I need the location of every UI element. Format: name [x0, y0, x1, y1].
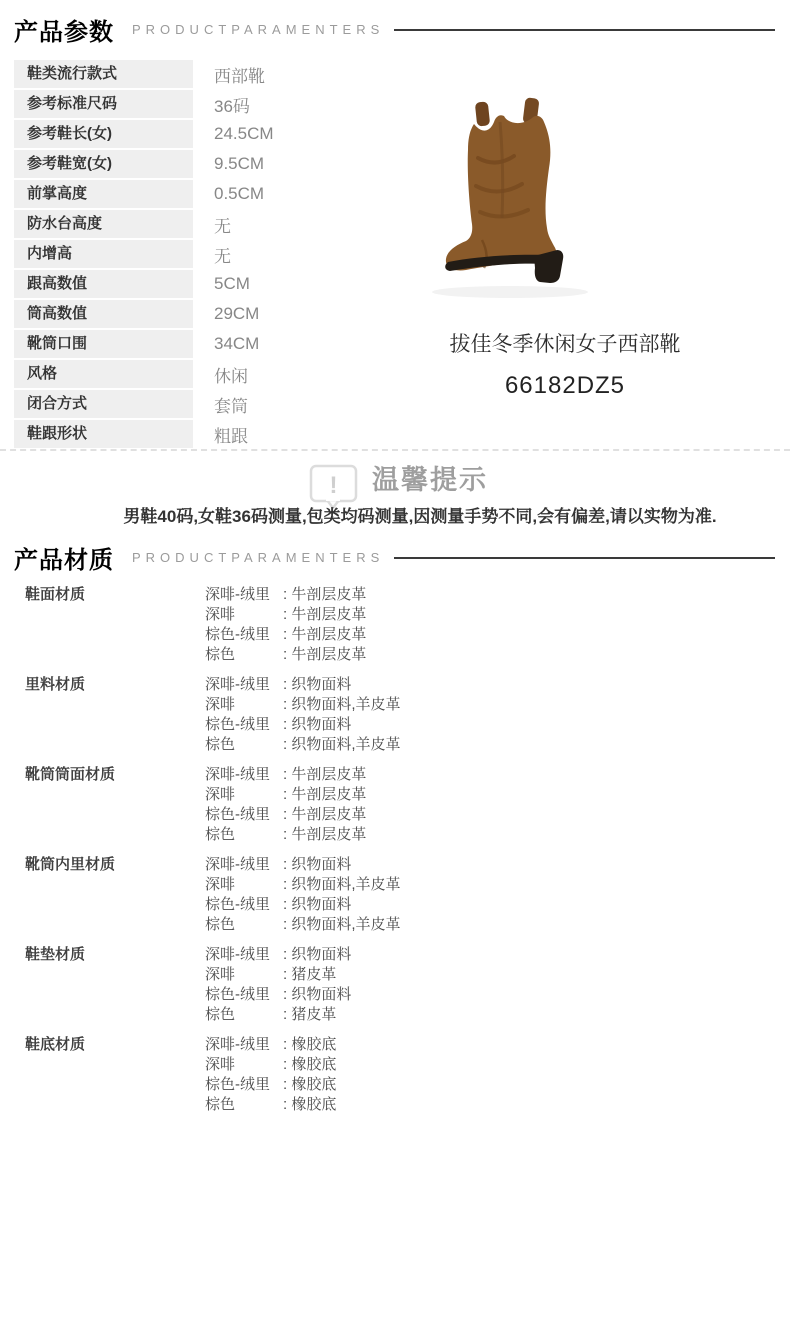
param-label: 风格 [14, 360, 193, 388]
material-line: 棕色-绒里: 牛剖层皮革 [205, 625, 776, 645]
param-label: 鞋跟形状 [14, 420, 193, 448]
material-value: : 织物面料 [283, 856, 351, 873]
material-variant: 深啡-绒里 [205, 855, 283, 875]
material-value: : 织物面料,羊皮革 [283, 736, 401, 753]
boot-image [420, 70, 770, 320]
param-value: 0.5CM [214, 184, 264, 204]
param-label: 前掌高度 [14, 180, 193, 208]
material-line: 深啡: 牛剖层皮革 [205, 605, 776, 625]
param-value: 29CM [214, 304, 259, 324]
material-variant: 棕色-绒里 [205, 985, 283, 1005]
material-line: 棕色: 织物面料,羊皮革 [205, 915, 776, 935]
material-variant: 棕色-绒里 [205, 625, 283, 645]
material-value: : 猪皮革 [283, 1006, 336, 1023]
table-row: 风格 休闲 [14, 360, 434, 388]
material-variant: 深啡-绒里 [205, 1035, 283, 1055]
table-row: 筒高数值 29CM [14, 300, 434, 328]
material-group: 里料材质 深啡-绒里: 织物面料 深啡: 织物面料,羊皮革 棕色-绒里: 织物面… [25, 675, 776, 755]
material-line: 棕色-绒里: 织物面料 [205, 715, 776, 735]
material-variant: 深啡 [205, 965, 283, 985]
material-group: 靴筒内里材质 深啡-绒里: 织物面料 深啡: 织物面料,羊皮革 棕色-绒里: 织… [25, 855, 776, 935]
table-row: 参考标准尺码 36码 [14, 90, 434, 118]
material-variant: 棕色 [205, 1005, 283, 1025]
table-row: 闭合方式 套筒 [14, 390, 434, 418]
table-row: 参考鞋长(女) 24.5CM [14, 120, 434, 148]
section-title: 产品参数 [14, 12, 114, 47]
material-group: 鞋垫材质 深啡-绒里: 织物面料 深啡: 猪皮革 棕色-绒里: 织物面料 棕色:… [25, 945, 776, 1025]
material-line: 棕色-绒里: 橡胶底 [205, 1075, 776, 1095]
table-row: 鞋跟形状 粗跟 [14, 420, 434, 448]
material-value: : 橡胶底 [283, 1056, 336, 1073]
material-variant: 深啡 [205, 605, 283, 625]
param-value: 休闲 [214, 362, 248, 387]
material-items: 深啡-绒里: 牛剖层皮革 深啡: 牛剖层皮革 棕色-绒里: 牛剖层皮革 棕色: … [205, 585, 776, 665]
material-group-label: 鞋底材质 [25, 1035, 205, 1115]
param-label: 闭合方式 [14, 390, 193, 418]
product-name: 拔佳冬季休闲女子西部靴 [400, 328, 730, 358]
material-line: 深啡-绒里: 织物面料 [205, 855, 776, 875]
param-value: 9.5CM [214, 154, 264, 174]
material-variant: 棕色-绒里 [205, 715, 283, 735]
material-variant: 深啡 [205, 1055, 283, 1075]
material-group: 鞋底材质 深啡-绒里: 橡胶底 深啡: 橡胶底 棕色-绒里: 橡胶底 棕色: 橡… [25, 1035, 776, 1115]
product-model: 66182DZ5 [400, 372, 730, 400]
material-line: 棕色: 橡胶底 [205, 1095, 776, 1115]
material-variant: 棕色 [205, 645, 283, 665]
exclamation-glyph: ! [330, 472, 338, 499]
param-label: 参考标准尺码 [14, 90, 193, 118]
material-variant: 深啡-绒里 [205, 675, 283, 695]
material-value: : 织物面料,羊皮革 [283, 876, 401, 893]
material-line: 深啡: 猪皮革 [205, 965, 776, 985]
header-rule [394, 557, 775, 559]
param-value: 24.5CM [214, 124, 274, 144]
material-line: 深啡: 织物面料,羊皮革 [205, 695, 776, 715]
section-subtitle: PRODUCTPARAMENTERS [132, 550, 384, 565]
material-items: 深啡-绒里: 牛剖层皮革 深啡: 牛剖层皮革 棕色-绒里: 牛剖层皮革 棕色: … [205, 765, 776, 845]
material-line: 深啡: 牛剖层皮革 [205, 785, 776, 805]
material-line: 棕色-绒里: 织物面料 [205, 985, 776, 1005]
material-value: : 橡胶底 [283, 1036, 336, 1053]
table-row: 鞋类流行款式 西部靴 [14, 60, 434, 88]
material-variant: 棕色 [205, 735, 283, 755]
material-line: 深啡: 橡胶底 [205, 1055, 776, 1075]
material-value: : 牛剖层皮革 [283, 606, 366, 623]
material-group: 靴筒筒面材质 深啡-绒里: 牛剖层皮革 深啡: 牛剖层皮革 棕色-绒里: 牛剖层… [25, 765, 776, 845]
material-value: : 牛剖层皮革 [283, 826, 366, 843]
material-line: 棕色: 织物面料,羊皮革 [205, 735, 776, 755]
material-line: 深啡-绒里: 牛剖层皮革 [205, 585, 776, 605]
material-line: 深啡-绒里: 织物面料 [205, 675, 776, 695]
material-items: 深啡-绒里: 织物面料 深啡: 织物面料,羊皮革 棕色-绒里: 织物面料 棕色:… [205, 855, 776, 935]
table-row: 靴筒口围 34CM [14, 330, 434, 358]
material-group-label: 靴筒内里材质 [25, 855, 205, 935]
material-variant: 深啡-绒里 [205, 945, 283, 965]
material-line: 深啡-绒里: 织物面料 [205, 945, 776, 965]
material-line: 棕色-绒里: 牛剖层皮革 [205, 805, 776, 825]
material-variant: 棕色-绒里 [205, 805, 283, 825]
material-variant: 深啡-绒里 [205, 765, 283, 785]
materials-list: 鞋面材质 深啡-绒里: 牛剖层皮革 深啡: 牛剖层皮革 棕色-绒里: 牛剖层皮革… [25, 585, 776, 1125]
material-value: : 织物面料,羊皮革 [283, 696, 401, 713]
material-line: 深啡: 织物面料,羊皮革 [205, 875, 776, 895]
param-value: 粗跟 [214, 422, 248, 447]
param-value: 西部靴 [214, 62, 265, 87]
param-value: 无 [214, 212, 231, 237]
material-variant: 深啡-绒里 [205, 585, 283, 605]
material-items: 深啡-绒里: 织物面料 深啡: 织物面料,羊皮革 棕色-绒里: 织物面料 棕色:… [205, 675, 776, 755]
material-value: : 猪皮革 [283, 966, 336, 983]
material-group-label: 鞋面材质 [25, 585, 205, 665]
material-value: : 牛剖层皮革 [283, 766, 366, 783]
param-label: 跟高数值 [14, 270, 193, 298]
dashed-divider [0, 449, 790, 451]
material-line: 棕色-绒里: 织物面料 [205, 895, 776, 915]
material-variant: 棕色 [205, 1095, 283, 1115]
param-value: 5CM [214, 274, 250, 294]
material-value: : 牛剖层皮革 [283, 626, 366, 643]
material-line: 棕色: 牛剖层皮革 [205, 825, 776, 845]
param-label: 鞋类流行款式 [14, 60, 193, 88]
section-header-materials: 产品材质 PRODUCTPARAMENTERS [14, 540, 775, 575]
material-variant: 棕色-绒里 [205, 895, 283, 915]
param-label: 参考鞋长(女) [14, 120, 193, 148]
param-label: 防水台高度 [14, 210, 193, 238]
param-value: 套筒 [214, 392, 248, 417]
material-variant: 深啡 [205, 695, 283, 715]
material-value: : 牛剖层皮革 [283, 586, 366, 603]
table-row: 防水台高度 无 [14, 210, 434, 238]
material-value: : 织物面料 [283, 716, 351, 733]
tips-title: 温馨提示 [372, 458, 488, 497]
material-value: : 织物面料 [283, 986, 351, 1003]
material-line: 棕色: 牛剖层皮革 [205, 645, 776, 665]
param-label: 筒高数值 [14, 300, 193, 328]
section-header-params: 产品参数 PRODUCTPARAMENTERS [14, 12, 775, 47]
header-rule [394, 29, 775, 31]
material-line: 深啡-绒里: 牛剖层皮革 [205, 765, 776, 785]
product-title-box: 拔佳冬季休闲女子西部靴 66182DZ5 [400, 328, 730, 400]
material-variant: 深啡 [205, 785, 283, 805]
material-value: : 织物面料 [283, 676, 351, 693]
material-value: : 牛剖层皮革 [283, 646, 366, 663]
material-group-label: 鞋垫材质 [25, 945, 205, 1025]
param-value: 34CM [214, 334, 259, 354]
material-variant: 棕色 [205, 825, 283, 845]
material-variant: 深啡 [205, 875, 283, 895]
param-value: 36码 [214, 92, 250, 117]
params-table: 鞋类流行款式 西部靴 参考标准尺码 36码 参考鞋长(女) 24.5CM 参考鞋… [14, 60, 434, 450]
material-group: 鞋面材质 深啡-绒里: 牛剖层皮革 深啡: 牛剖层皮革 棕色-绒里: 牛剖层皮革… [25, 585, 776, 665]
param-label: 参考鞋宽(女) [14, 150, 193, 178]
material-value: : 牛剖层皮革 [283, 786, 366, 803]
material-value: : 织物面料,羊皮革 [283, 916, 401, 933]
material-value: : 牛剖层皮革 [283, 806, 366, 823]
table-row: 参考鞋宽(女) 9.5CM [14, 150, 434, 178]
material-items: 深啡-绒里: 橡胶底 深啡: 橡胶底 棕色-绒里: 橡胶底 棕色: 橡胶底 [205, 1035, 776, 1115]
section-subtitle: PRODUCTPARAMENTERS [132, 22, 384, 37]
material-variant: 棕色-绒里 [205, 1075, 283, 1095]
material-value: : 橡胶底 [283, 1076, 336, 1093]
table-row: 内增高 无 [14, 240, 434, 268]
material-value: : 橡胶底 [283, 1096, 336, 1113]
material-group-label: 里料材质 [25, 675, 205, 755]
param-value: 无 [214, 242, 231, 267]
param-label: 内增高 [14, 240, 193, 268]
table-row: 跟高数值 5CM [14, 270, 434, 298]
table-row: 前掌高度 0.5CM [14, 180, 434, 208]
material-line: 棕色: 猪皮革 [205, 1005, 776, 1025]
material-variant: 棕色 [205, 915, 283, 935]
section-title: 产品材质 [14, 540, 114, 575]
tips-text: 男鞋40码,女鞋36码测量,包类均码测量,因测量手势不同,会有偏差,请以实物为准… [50, 502, 790, 527]
material-group-label: 靴筒筒面材质 [25, 765, 205, 845]
material-items: 深啡-绒里: 织物面料 深啡: 猪皮革 棕色-绒里: 织物面料 棕色: 猪皮革 [205, 945, 776, 1025]
material-line: 深啡-绒里: 橡胶底 [205, 1035, 776, 1055]
param-label: 靴筒口围 [14, 330, 193, 358]
product-photo [420, 70, 770, 320]
material-value: : 织物面料 [283, 896, 351, 913]
material-value: : 织物面料 [283, 946, 351, 963]
